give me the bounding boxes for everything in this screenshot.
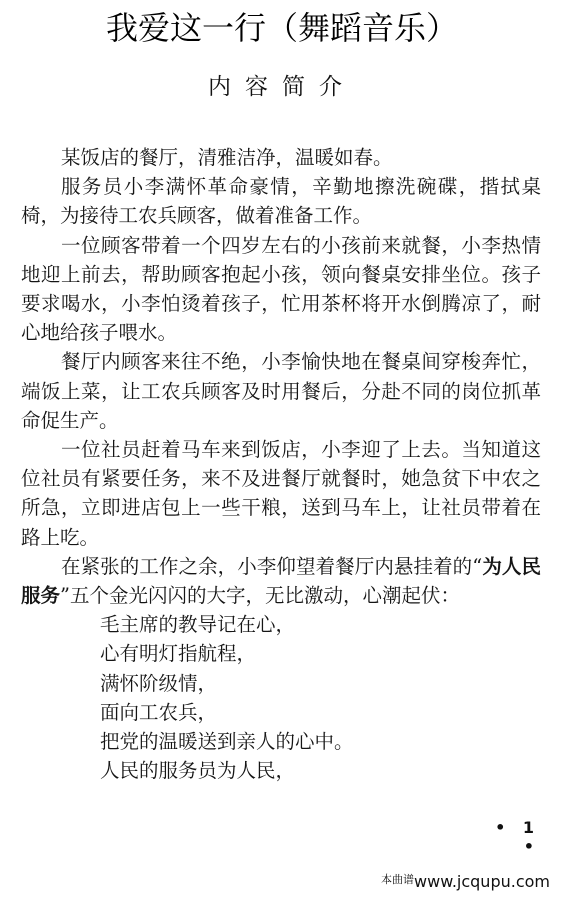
paragraph: 餐厅内顾客来往不绝，小李愉快地在餐桌间穿梭奔忙，端饭上菜，让工农兵顾客及时用餐后… [21,347,541,435]
paragraph-with-slogan: 在紧张的工作之余，小李仰望着餐厅内悬挂着的“为人民服务”五个金光闪闪的大字，无比… [21,552,541,610]
paragraph: 一位社员赶着马车来到饭店，小李迎了上去。当知道这位社员有紧要任务，来不及进餐厅就… [21,435,541,552]
watermark-prefix: 本曲谱 [381,873,414,886]
document-title: 我爱这一行（舞蹈音乐） [0,8,564,48]
paragraph: 一位顾客带着一个四岁左右的小孩前来就餐，小李热情地迎上前去，帮助顾客抱起小孩，领… [21,231,541,348]
page-number: • 1 • [470,818,540,856]
poem-line: 心有明灯指航程， [21,639,541,668]
poem-line: 人民的服务员为人民， [21,756,541,785]
poem-line: 满怀阶级情， [21,669,541,698]
section-heading: 内容简介 [0,72,564,102]
poem-line: 把党的温暖送到亲人的心中。 [21,727,541,756]
paragraph: 某饭店的餐厅，清雅洁净，温暖如春。 [21,143,541,172]
poem-line: 毛主席的教导记在心， [21,610,541,639]
watermark-url: www.jcqupu.com [414,872,550,891]
paragraph: 服务员小李满怀革命豪情，辛勤地擦洗碗碟，揩拭桌椅，为接待工农兵顾客，做着准备工作… [21,172,541,230]
synopsis-body: 某饭店的餐厅，清雅洁净，温暖如春。 服务员小李满怀革命豪情，辛勤地擦洗碗碟，揩拭… [21,143,541,785]
paragraph-text: ”五个金光闪闪的大字，无比激动，心潮起伏： [60,584,460,607]
paragraph-text: 在紧张的工作之余，小李仰望着餐厅内悬挂着的“ [61,555,482,578]
poem-line: 面向工农兵， [21,698,541,727]
watermark: 本曲谱www.jcqupu.com [381,871,550,891]
